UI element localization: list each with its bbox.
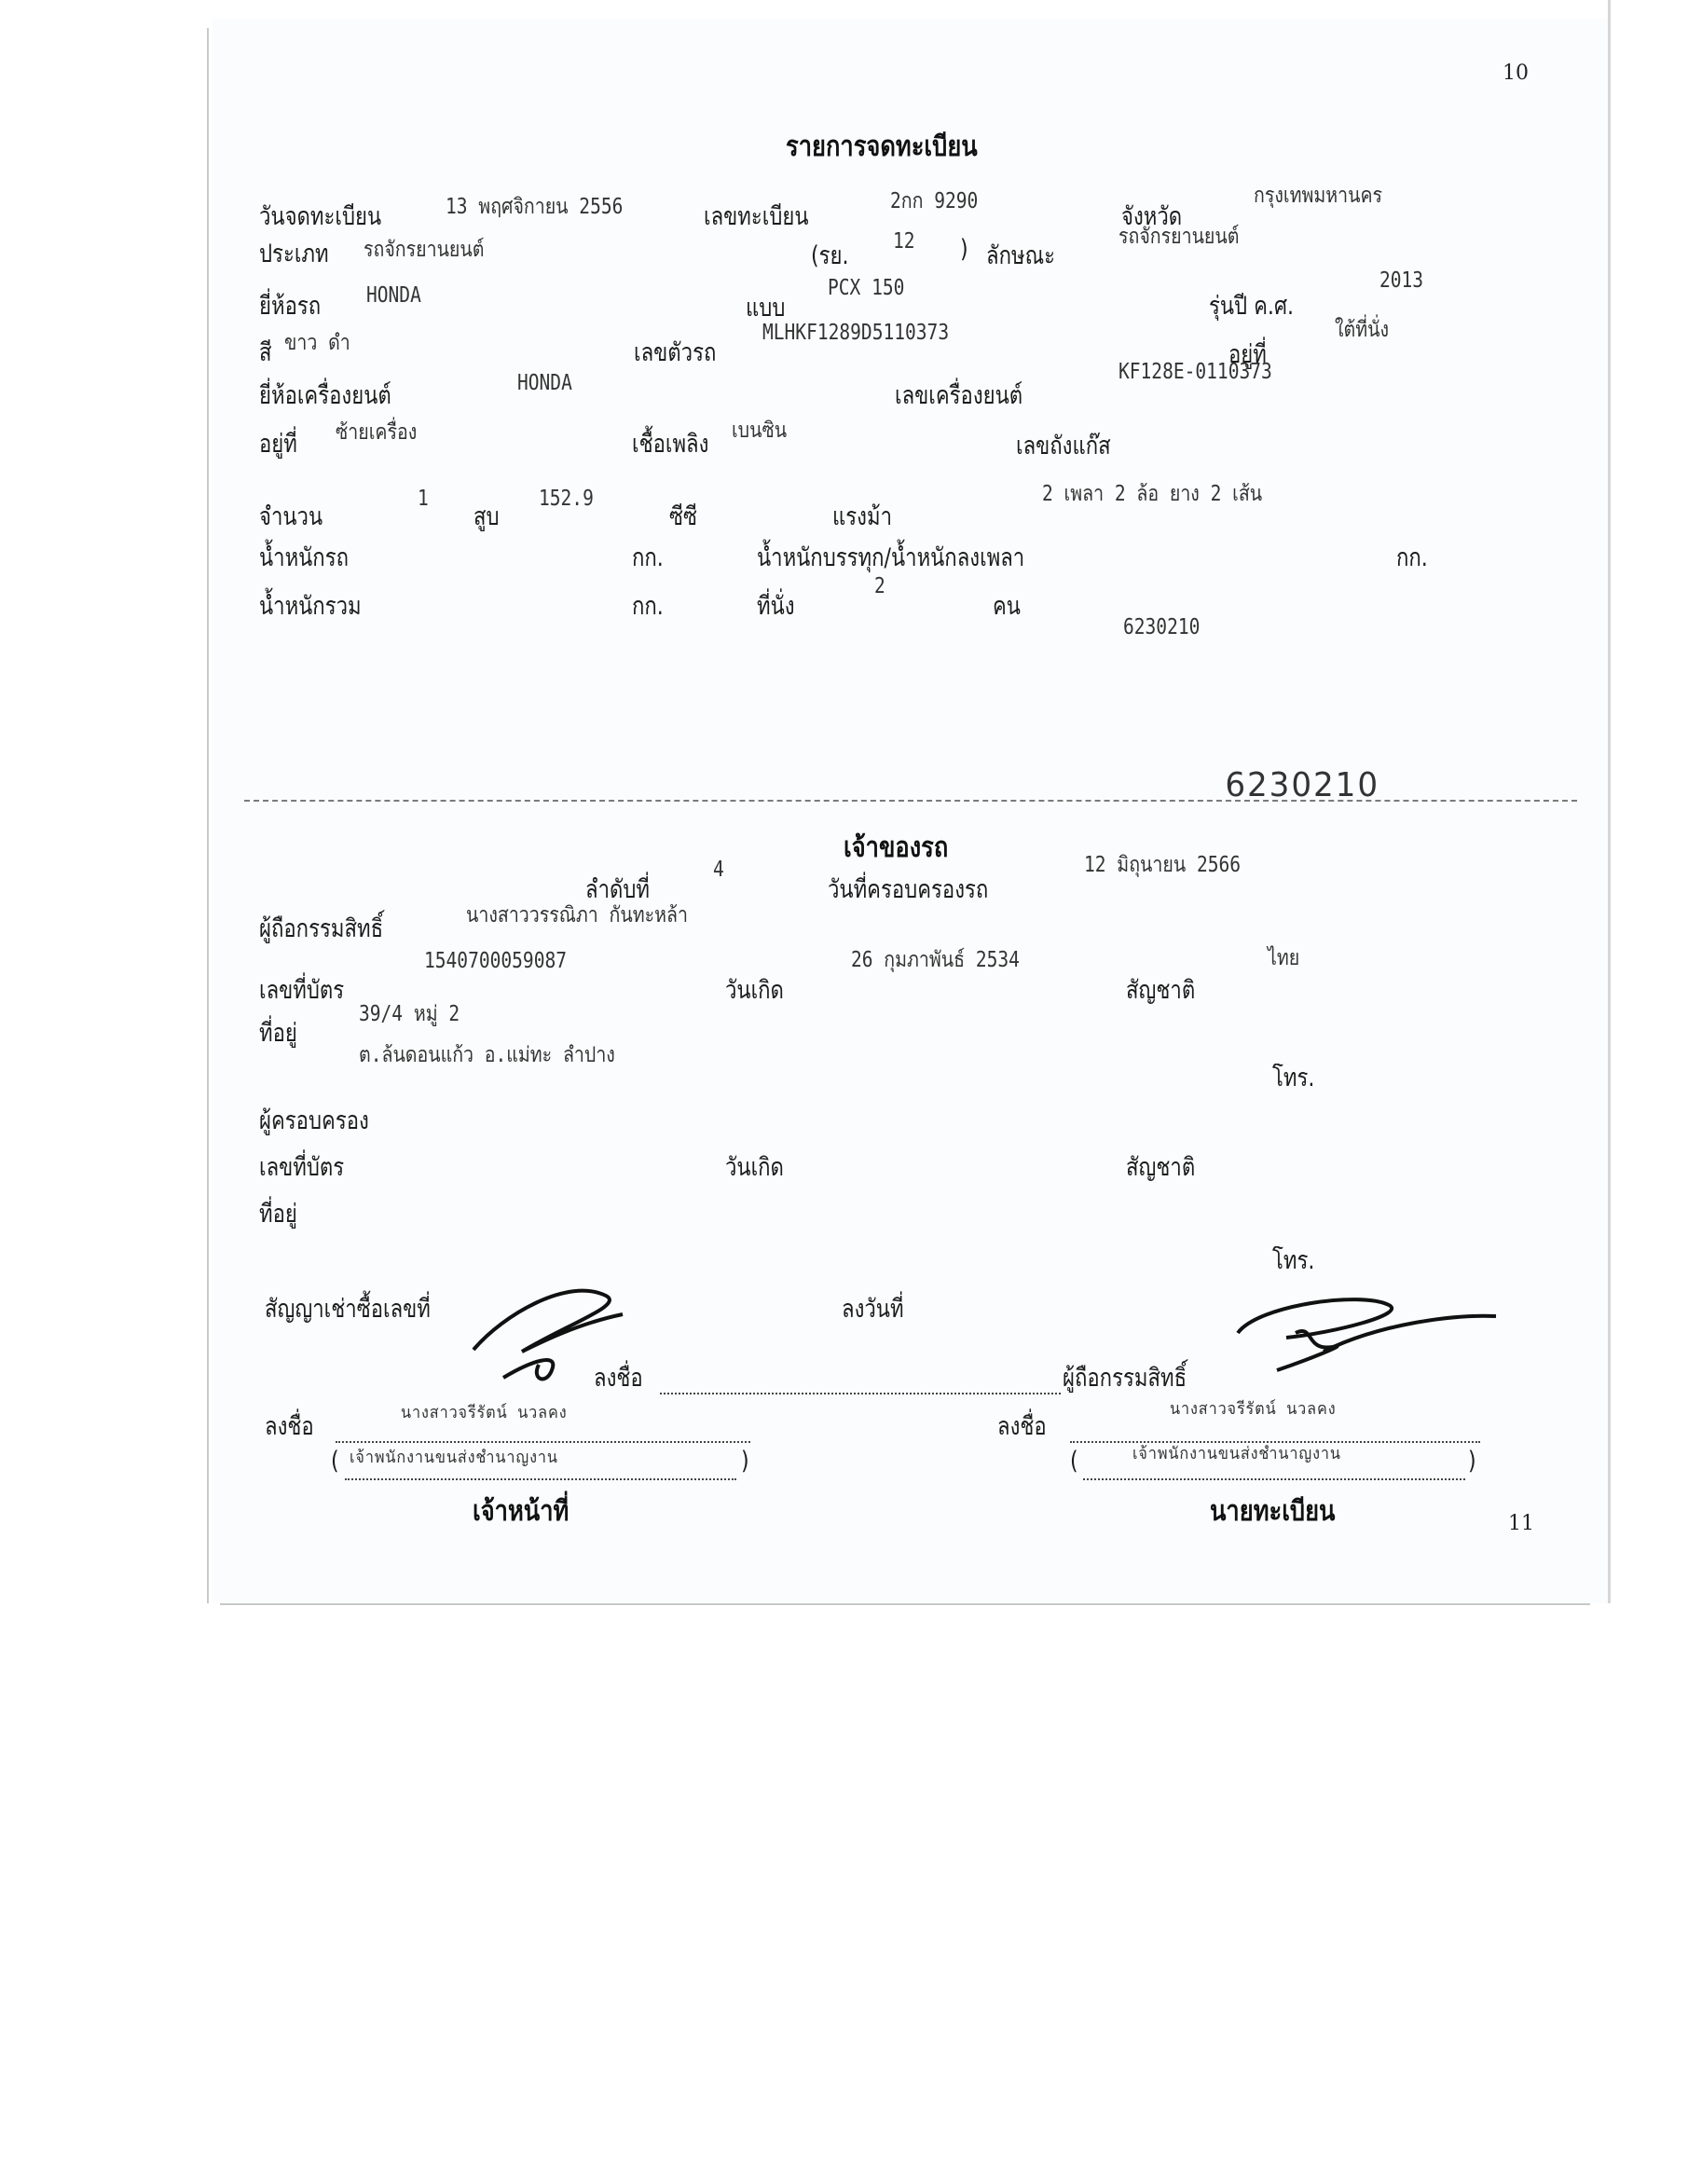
holder-signature [1221, 1296, 1501, 1383]
officer-role: เจ้าหน้าที่ [473, 1490, 569, 1533]
id-value: 1540700059087 [424, 949, 567, 973]
person-unit: คน [993, 585, 1021, 625]
possession-date-label: วันที่ครอบครองรถ [828, 869, 988, 909]
registrar-role: นายทะเบียน [1210, 1490, 1335, 1533]
officer-sign-label: ลงชื่อ [265, 1406, 314, 1446]
page-number-top: 10 [1503, 62, 1529, 85]
dob-label: วันเกิด [725, 969, 784, 1010]
color-value: ขาว ดำ [284, 326, 350, 360]
style-value: รถจักรยานยนต์ [1118, 220, 1239, 254]
engine-brand-label: ยี่ห้อเครื่องยนต์ [259, 375, 391, 415]
stamp-number: 6230210 [1225, 766, 1379, 804]
reg-date-label: วันจดทะเบียน [259, 196, 381, 236]
total-weight-label: น้ำหนักรวม [259, 585, 362, 625]
registration-title: รายการจดทะเบียน [786, 125, 978, 169]
plate-label: เลขทะเบียน [704, 196, 808, 236]
registrar-sign-label: ลงชื่อ [997, 1406, 1047, 1446]
order-value: 4 [713, 858, 724, 882]
ry-value: 12 [893, 229, 915, 254]
page-edge-left [207, 28, 209, 1603]
officer-position: เจ้าพนักงานขนส่งชำนาญงาน [350, 1443, 558, 1470]
engine-location-label: อยู่ที่ [259, 423, 297, 463]
holder-role-label: ผู้ถือกรรมสิทธิ์ [1063, 1357, 1187, 1397]
registrar-paren-close: ) [1468, 1447, 1476, 1476]
engine-location-value: ซ้ายเครื่อง [336, 416, 417, 449]
possessor-address-label: ที่อยู่ [259, 1193, 297, 1233]
holder-sign-label: ลงชื่อ [594, 1357, 643, 1397]
horsepower-label: แรงม้า [832, 496, 892, 536]
reg-date-value: 13 พฤศจิกายน 2556 [446, 190, 623, 224]
type-value: รถจักรยานยนต์ [364, 233, 484, 267]
nationality-value: ไทย [1268, 941, 1299, 975]
possessor-title: ผู้ครอบครอง [259, 1100, 369, 1140]
axles-value: 2 เพลา 2 ล้อ ยาง 2 เส้น [1042, 477, 1262, 511]
registrar-position: เจ้าพนักงานขนส่งชำนาญงาน [1132, 1439, 1341, 1466]
officer-paren-open: ( [331, 1447, 339, 1476]
engine-number-label: เลขเครื่องยนต์ [895, 375, 1022, 415]
ry-open: (รย. [811, 235, 849, 275]
vehicle-weight-unit: กก. [632, 537, 664, 577]
engine-brand-value: HONDA [517, 371, 572, 395]
page-edge-bottom [220, 1603, 1590, 1605]
serial-number: 6230210 [1123, 615, 1200, 639]
id-label: เลขที่บัตร [259, 969, 344, 1010]
year-value: 2013 [1379, 268, 1423, 293]
possessor-phone-label: โทร. [1272, 1240, 1314, 1280]
registrar-name: นางสาวจรีรัตน์ นวลคง [1170, 1394, 1337, 1422]
possessor-nationality-label: สัญชาติ [1126, 1147, 1195, 1187]
address-label: ที่อยู่ [259, 1012, 297, 1052]
engine-number-value: KF128E-0110373 [1118, 360, 1272, 384]
chassis-location-value: ใต้ที่นั่ง [1335, 313, 1389, 347]
chassis-label: เลขตัวรถ [634, 332, 716, 372]
nationality-label: สัญชาติ [1126, 969, 1195, 1010]
brand-value: HONDA [366, 283, 421, 308]
cylinder-count: 1 [418, 487, 429, 511]
fuel-label: เชื้อเพลิง [632, 423, 708, 463]
address-line1: 39/4 หมู่ 2 [359, 997, 460, 1031]
officer-name: นางสาวจรีรัตน์ นวลคง [401, 1398, 568, 1425]
possessor-dob-label: วันเกิด [725, 1147, 784, 1187]
ry-close: ) [960, 235, 968, 264]
load-weight-label: น้ำหนักบรรทุก/น้ำหนักลงเพลา [757, 537, 1024, 577]
page-number-bottom: 11 [1508, 1512, 1534, 1535]
color-label: สี [259, 332, 272, 372]
contract-date-label: ลงวันที่ [842, 1288, 904, 1328]
count-label: จำนวน [259, 496, 323, 536]
cc-unit: ซีซี [669, 496, 697, 536]
hire-purchase-label: สัญญาเช่าซื้อเลขที่ [265, 1288, 431, 1328]
page-edge-right [1608, 0, 1611, 1603]
possession-date-value: 12 มิถุนายน 2566 [1084, 848, 1241, 882]
registrar-paren-open: ( [1070, 1447, 1078, 1476]
owner-title: เจ้าของรถ [844, 826, 948, 870]
province-value: กรุงเทพมหานคร [1254, 179, 1382, 213]
vehicle-weight-label: น้ำหนักรถ [259, 537, 349, 577]
plate-value: 2กก 9290 [890, 185, 978, 218]
year-label: รุ่นปี ค.ศ. [1209, 285, 1294, 325]
total-weight-unit: กก. [632, 585, 664, 625]
holder-sign-line [660, 1368, 1061, 1394]
holder-label: ผู้ถือกรรมสิทธิ์ [259, 908, 383, 948]
seats-label: ที่นั่ง [757, 585, 795, 625]
gas-tank-label: เลขถังแก๊ส [1016, 425, 1111, 465]
officer-paren-close: ) [741, 1447, 749, 1476]
model-value: PCX 150 [828, 276, 904, 300]
type-label: ประเภท [259, 233, 329, 273]
brand-label: ยี่ห้อรถ [259, 285, 321, 325]
style-label: ลักษณะ [986, 235, 1055, 275]
holder-name: นางสาววรรณิภา กันทะหล้า [466, 899, 688, 932]
dob-value: 26 กุมภาพันธ์ 2534 [851, 943, 1020, 977]
cc-value: 152.9 [539, 487, 594, 511]
fuel-value: เบนซิน [732, 414, 787, 447]
load-weight-unit: กก. [1396, 537, 1428, 577]
possessor-id-label: เลขที่บัตร [259, 1147, 344, 1187]
chassis-value: MLHKF1289D5110373 [762, 321, 949, 345]
phone-label: โทร. [1272, 1057, 1314, 1097]
address-line2: ต.ล้นดอนแก้ว อ.แม่ทะ ลำปาง [359, 1038, 615, 1072]
cylinder-unit: สูบ [473, 496, 500, 536]
seats-value: 2 [874, 574, 885, 598]
